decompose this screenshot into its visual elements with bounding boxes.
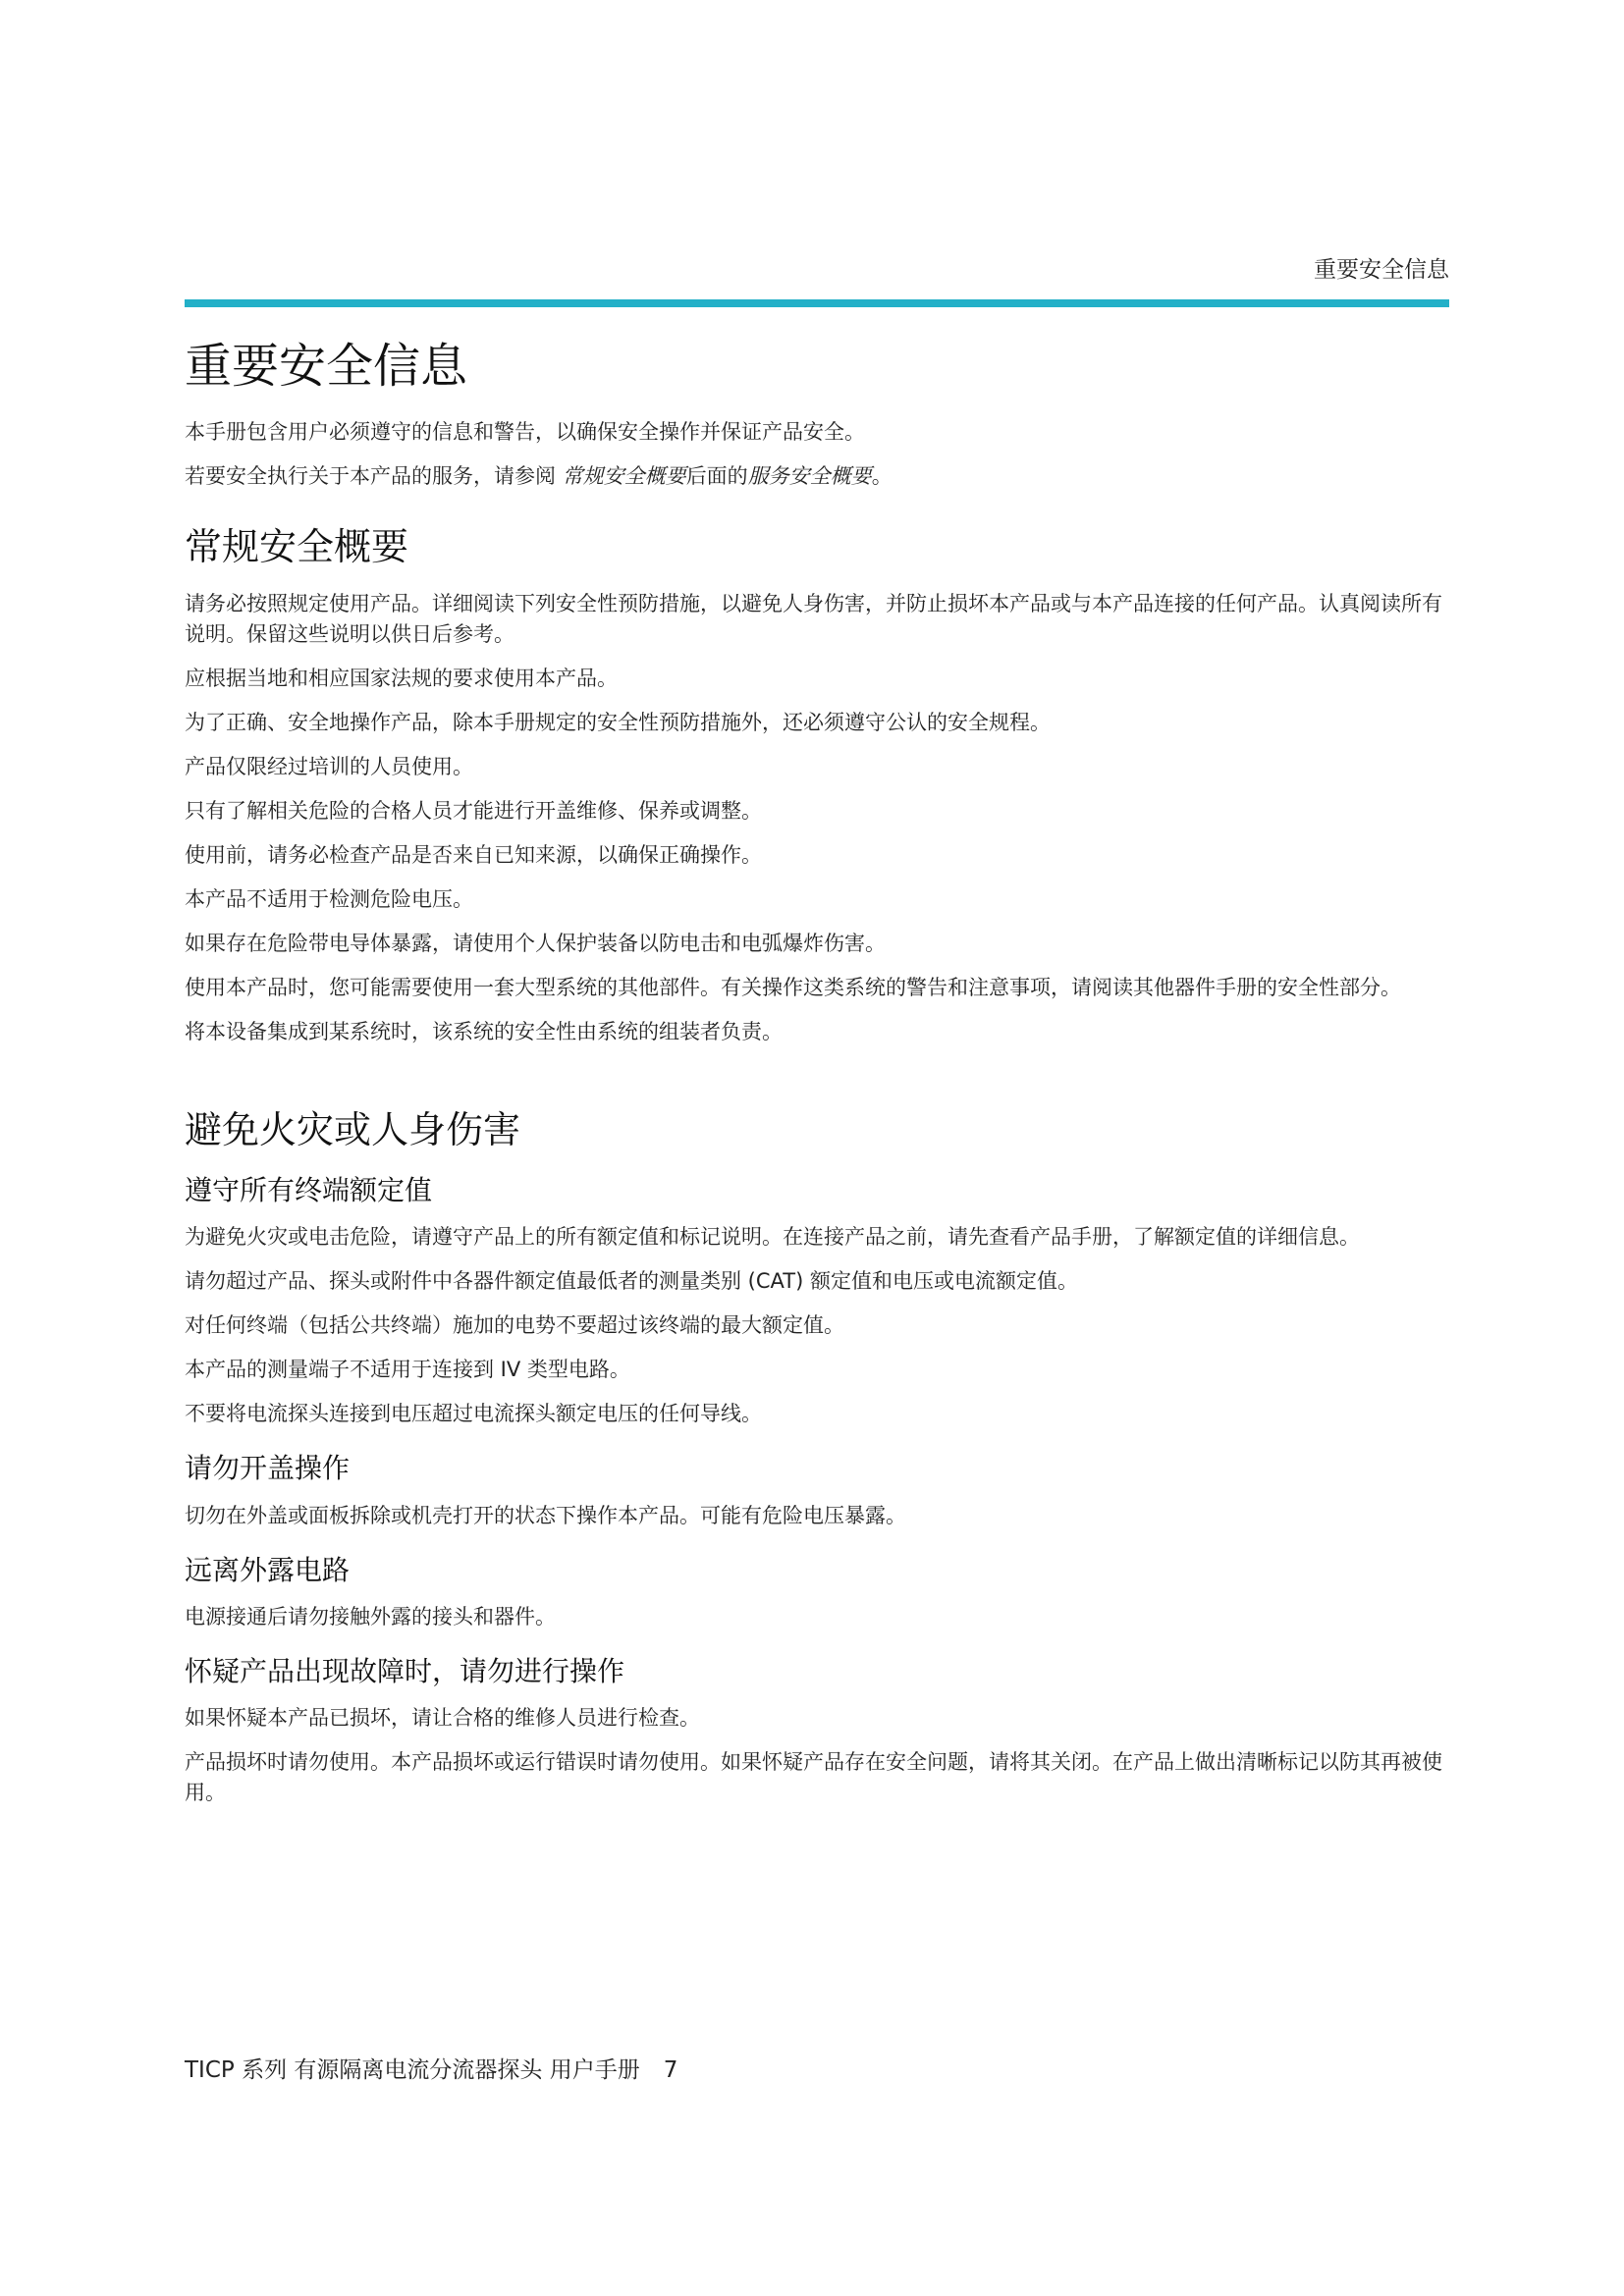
paragraph: 对任何终端（包括公共终端）施加的电势不要超过该终端的最大额定值。 xyxy=(185,1310,1451,1341)
section-heading: 避免火灾或人身伤害 xyxy=(185,1108,1451,1153)
text: 。 xyxy=(872,464,893,488)
section-fire-injury: 避免火灾或人身伤害 遵守所有终端额定值 为避免火灾或电击危险，请遵守产品上的所有… xyxy=(185,1108,1451,1808)
paragraph: 请务必按照规定使用产品。详细阅读下列安全性预防措施，以避免人身伤害，并防止损坏本… xyxy=(185,589,1451,650)
subsection-terminal-ratings: 遵守所有终端额定值 为避免火灾或电击危险，请遵守产品上的所有额定值和标记说明。在… xyxy=(185,1173,1451,1429)
subsection-no-cover: 请勿开盖操作 切勿在外盖或面板拆除或机壳打开的状态下操作本产品。可能有危险电压暴… xyxy=(185,1451,1451,1530)
paragraph: 如果怀疑本产品已损坏，请让合格的维修人员进行检查。 xyxy=(185,1703,1451,1734)
paragraph: 如果存在危险带电导体暴露，请使用个人保护装备以防电击和电弧爆炸伤害。 xyxy=(185,929,1451,959)
page-title: 重要安全信息 xyxy=(185,339,1451,396)
page-footer: TICP 系列 有源隔离电流分流器探头 用户手册7 xyxy=(185,2052,677,2084)
page-number: 7 xyxy=(664,2057,678,2083)
text: 后面的 xyxy=(686,464,748,488)
header-rule xyxy=(185,299,1449,307)
intro-reference-paragraph: 若要安全执行关于本产品的服务，请参阅 常规安全概要后面的服务安全概要。 xyxy=(185,461,1451,492)
xref-general-safety: 常规安全概要 xyxy=(563,464,686,488)
paragraph: 电源接通后请勿接触外露的接头和器件。 xyxy=(185,1602,1451,1632)
subsection-exposed-circuitry: 远离外露电路 电源接通后请勿接触外露的接头和器件。 xyxy=(185,1553,1451,1632)
paragraph: 切勿在外盖或面板拆除或机壳打开的状态下操作本产品。可能有危险电压暴露。 xyxy=(185,1501,1451,1531)
paragraph: 使用本产品时，您可能需要使用一套大型系统的其他部件。有关操作这类系统的警告和注意… xyxy=(185,973,1451,1003)
paragraph: 请勿超过产品、探头或附件中各器件额定值最低者的测量类别 (CAT) 额定值和电压… xyxy=(185,1266,1451,1297)
section-heading: 常规安全概要 xyxy=(185,525,1451,570)
subsection-heading: 远离外露电路 xyxy=(185,1553,1451,1588)
running-header: 重要安全信息 xyxy=(1314,251,1449,284)
subsection-suspected-failure: 怀疑产品出现故障时，请勿进行操作 如果怀疑本产品已损坏，请让合格的维修人员进行检… xyxy=(185,1654,1451,1808)
paragraph: 为避免火灾或电击危险，请遵守产品上的所有额定值和标记说明。在连接产品之前，请先查… xyxy=(185,1222,1451,1253)
paragraph: 只有了解相关危险的合格人员才能进行开盖维修、保养或调整。 xyxy=(185,796,1451,827)
section-general-safety: 常规安全概要 请务必按照规定使用产品。详细阅读下列安全性预防措施，以避免人身伤害… xyxy=(185,525,1451,1048)
manual-title: TICP 系列 有源隔离电流分流器探头 用户手册 xyxy=(185,2057,640,2083)
paragraph: 不要将电流探头连接到电压超过电流探头额定电压的任何导线。 xyxy=(185,1399,1451,1429)
xref-service-safety: 服务安全概要 xyxy=(748,464,872,488)
paragraph: 产品损坏时请勿使用。本产品损坏或运行错误时请勿使用。如果怀疑产品存在安全问题，请… xyxy=(185,1747,1451,1808)
page-content: 重要安全信息 本手册包含用户必须遵守的信息和警告，以确保安全操作并保证产品安全。… xyxy=(185,339,1451,1822)
paragraph: 使用前，请务必检查产品是否来自已知来源，以确保正确操作。 xyxy=(185,840,1451,871)
paragraph: 将本设备集成到某系统时，该系统的安全性由系统的组装者负责。 xyxy=(185,1017,1451,1047)
paragraph: 本产品的测量端子不适用于连接到 IV 类型电路。 xyxy=(185,1355,1451,1385)
paragraph: 应根据当地和相应国家法规的要求使用本产品。 xyxy=(185,664,1451,694)
subsection-heading: 怀疑产品出现故障时，请勿进行操作 xyxy=(185,1654,1451,1689)
paragraph: 为了正确、安全地操作产品，除本手册规定的安全性预防措施外，还必须遵守公认的安全规… xyxy=(185,708,1451,738)
subsection-heading: 请勿开盖操作 xyxy=(185,1451,1451,1486)
paragraph: 产品仅限经过培训的人员使用。 xyxy=(185,752,1451,782)
subsection-heading: 遵守所有终端额定值 xyxy=(185,1173,1451,1208)
text: 若要安全执行关于本产品的服务，请参阅 xyxy=(185,464,563,488)
intro-paragraph: 本手册包含用户必须遵守的信息和警告，以确保安全操作并保证产品安全。 xyxy=(185,417,1451,448)
paragraph: 本产品不适用于检测危险电压。 xyxy=(185,884,1451,915)
